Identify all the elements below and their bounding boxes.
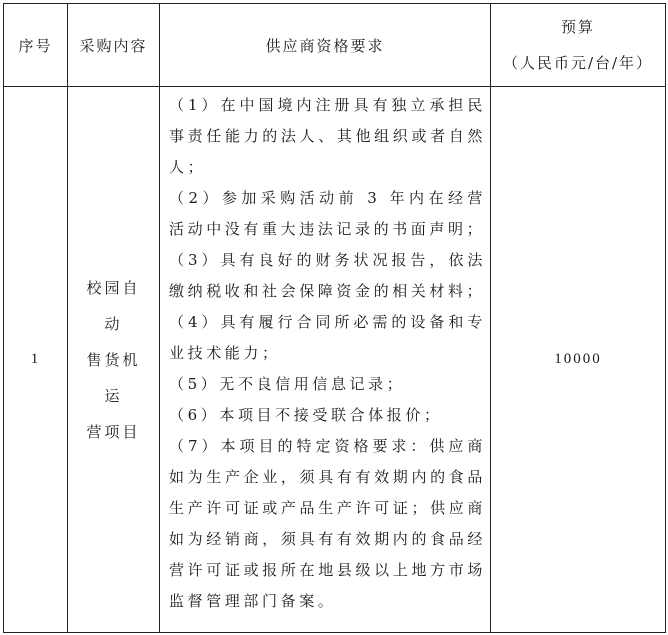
header-row: 序号 采购内容 供应商资格要求 预算 （人民币元/台/年） xyxy=(4,4,666,87)
content-line: 售货机运 xyxy=(82,342,146,414)
header-budget-unit: （人民币元/台/年） xyxy=(491,45,665,81)
header-budget-title: 预算 xyxy=(491,9,665,45)
header-requirements: 供应商资格要求 xyxy=(160,4,491,87)
cell-requirements: （1）在中国境内注册具有独立承担民事责任能力的法人、其他组织或者自然人； （2）… xyxy=(160,87,491,633)
requirement-item: （7）本项目的特定资格要求：供应商如为生产企业，须具有有效期内的食品生产许可证或… xyxy=(169,431,486,617)
table-row: 1 校园自动 售货机运 营项目 （1）在中国境内注册具有独立承担民事责任能力的法… xyxy=(4,87,666,633)
requirement-item: （5）无不良信用信息记录； xyxy=(169,369,486,400)
requirement-item: （3）具有良好的财务状况报告，依法缴纳税收和社会保障资金的相关材料； xyxy=(169,245,486,307)
requirement-item: （1）在中国境内注册具有独立承担民事责任能力的法人、其他组织或者自然人； xyxy=(169,90,486,183)
cell-seq: 1 xyxy=(4,87,68,633)
cell-budget: 10000 xyxy=(491,87,666,633)
procurement-table: 序号 采购内容 供应商资格要求 预算 （人民币元/台/年） 1 校园自动 售货机… xyxy=(3,3,666,633)
cell-content: 校园自动 售货机运 营项目 xyxy=(68,87,160,633)
requirement-item: （6）本项目不接受联合体报价； xyxy=(169,400,486,431)
requirement-item: （4）具有履行合同所必需的设备和专业技术能力； xyxy=(169,307,486,369)
header-seq: 序号 xyxy=(4,4,68,87)
content-line: 营项目 xyxy=(82,414,146,450)
content-line: 校园自动 xyxy=(82,270,146,342)
header-content: 采购内容 xyxy=(68,4,160,87)
header-budget: 预算 （人民币元/台/年） xyxy=(491,4,666,87)
requirement-item: （2）参加采购活动前 3 年内在经营活动中没有重大违法记录的书面声明； xyxy=(169,183,486,245)
